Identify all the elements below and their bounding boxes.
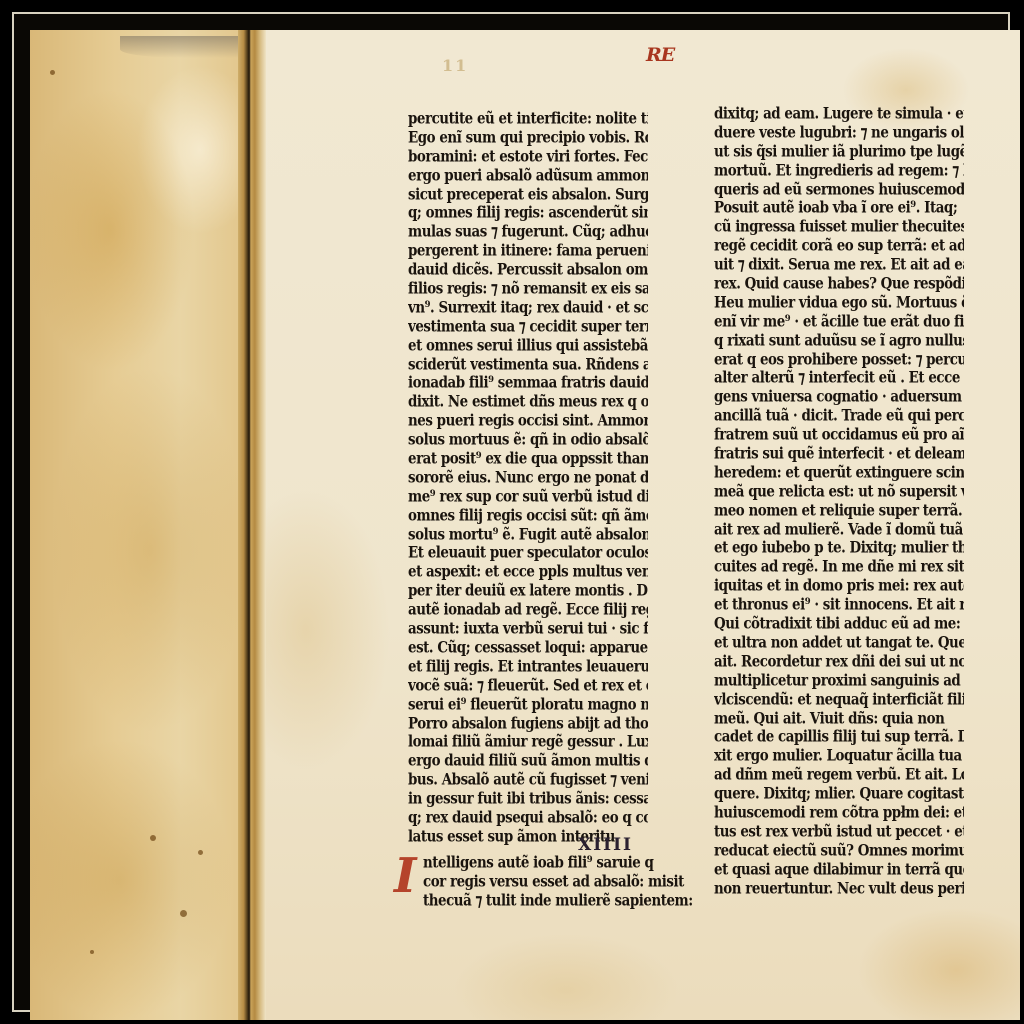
manuscript-page: 11 RE percutite eũ et interficite: nolit…	[30, 30, 1020, 1020]
foxing-spot	[50, 70, 55, 75]
photo-frame: 11 RE percutite eũ et interficite: nolit…	[12, 12, 1010, 1012]
foxing-spot	[90, 950, 94, 954]
foxing-spot	[198, 850, 203, 855]
stained-left-leaf	[30, 30, 245, 1020]
text-column-left-chapter-start: ntelligens autẽ ioab fili⁹ saruie qcor r…	[423, 854, 693, 911]
text-column-left: percutite eũ et interficite: nolite time…	[408, 110, 648, 847]
running-head: RE	[646, 44, 674, 66]
text-column-right: dixitq; ad eam. Lugere te simula · et in…	[714, 105, 964, 898]
binding-gutter	[238, 30, 266, 1020]
text-line: non reuertuntur. Nec vult deus perire	[714, 878, 964, 900]
text-leaf: 11 RE percutite eũ et interficite: nolit…	[266, 30, 1020, 1020]
running-head-text: RE	[646, 44, 674, 66]
text-line: thecuã ⁊ tulit inde mulierẽ sapientem:	[423, 890, 693, 912]
folio-mark: 11	[442, 56, 468, 75]
rubricated-initial: I	[394, 852, 416, 900]
foxing-spot	[180, 910, 187, 917]
foxing-spot	[150, 835, 156, 841]
